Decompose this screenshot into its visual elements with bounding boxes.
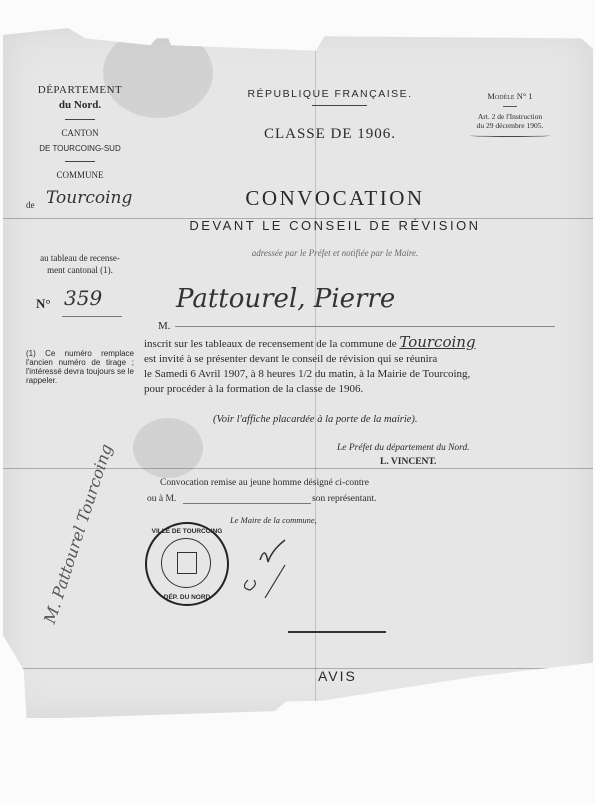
town-seal-stamp: VILLE DE TOURCOING DÉP. DU NORD <box>145 522 229 606</box>
representative-field <box>183 503 311 504</box>
left-column: DÉPARTEMENT du Nord. CANTON DE TOURCOING… <box>20 84 140 180</box>
title-note: adressée par le Préfet et notifiée par l… <box>160 248 510 258</box>
avis-heading: AVIS <box>318 668 357 684</box>
mayor-signature <box>240 530 300 600</box>
number-label: N° <box>36 296 51 312</box>
body-paragraph: inscrit sur les tableaux de recensement … <box>144 335 564 397</box>
number-handwritten: 359 <box>64 286 102 310</box>
commune-handwritten-body: Tourcoing <box>399 333 475 351</box>
commune-label: COMMUNE <box>20 170 140 180</box>
canton-value: DE TOURCOING-SUD <box>20 144 140 153</box>
number-underline <box>62 316 122 317</box>
footnote: (1) Ce numéro remplace l'ancien numéro d… <box>26 349 134 385</box>
prefet-label: Le Préfet du département du Nord. <box>337 443 470 453</box>
article-line-1: Art. 2 de l'Instruction <box>450 112 570 121</box>
departement-value: du Nord. <box>20 99 140 111</box>
tableau-line-2: ment cantonal (1). <box>20 264 140 276</box>
stamp-text-top: VILLE DE TOURCOING <box>147 528 227 535</box>
name-handwritten: Pattourel, Pierre <box>176 284 395 314</box>
ornament <box>470 134 550 137</box>
title-subtitle: DEVANT LE CONSEIL DE RÉVISION <box>160 218 510 233</box>
receipt-line-1: Convocation remise au jeune homme désign… <box>160 478 369 488</box>
stain <box>133 418 203 478</box>
body-line-2: est invité à se présenter devant le cons… <box>144 352 564 367</box>
modele-label: Modèle N° 1 <box>450 91 570 101</box>
republic-heading: RÉPUBLIQUE FRANÇAISE. <box>230 88 430 100</box>
tableau-line-1: au tableau de recense- <box>20 252 140 264</box>
canton-label: CANTON <box>20 128 140 138</box>
divider <box>65 161 95 162</box>
fold-line <box>3 668 593 669</box>
divider <box>503 106 517 107</box>
prefet-name: L. VINCENT. <box>380 457 436 467</box>
commune-prefix: de <box>26 200 35 210</box>
body-line-3: le Samedi 6 Avril 1907, à 8 heures 1/2 d… <box>144 367 564 382</box>
classe-heading: CLASSE DE 1906. <box>230 126 430 143</box>
stamp-text-bottom: DÉP. DU NORD <box>147 594 227 601</box>
divider <box>288 631 386 633</box>
affiche-note: (Voir l'affiche placardée à la porte de … <box>213 414 418 425</box>
receipt-line-2-suffix: son représentant. <box>312 494 376 504</box>
departement-label: DÉPARTEMENT <box>20 84 140 96</box>
article-line-2: du 29 décembre 1905. <box>450 121 570 130</box>
m-prefix: M. <box>158 320 171 332</box>
tableau-text: au tableau de recense- ment cantonal (1)… <box>20 252 140 276</box>
modele-block: Modèle N° 1 Art. 2 de l'Instruction du 2… <box>450 91 570 137</box>
maire-label: Le Maire de la commune, <box>230 515 317 525</box>
coat-of-arms-icon <box>177 552 197 574</box>
commune-handwritten: Tourcoing <box>46 188 132 208</box>
title-main: CONVOCATION <box>160 186 510 211</box>
receipt-line-2-prefix: ou à M. <box>147 494 176 504</box>
body-line-1: inscrit sur les tableaux de recensement … <box>144 335 564 352</box>
body-line-4: pour procéder à la formation de la class… <box>144 382 564 397</box>
name-underline <box>175 326 555 327</box>
divider <box>312 105 367 106</box>
divider <box>65 119 95 120</box>
